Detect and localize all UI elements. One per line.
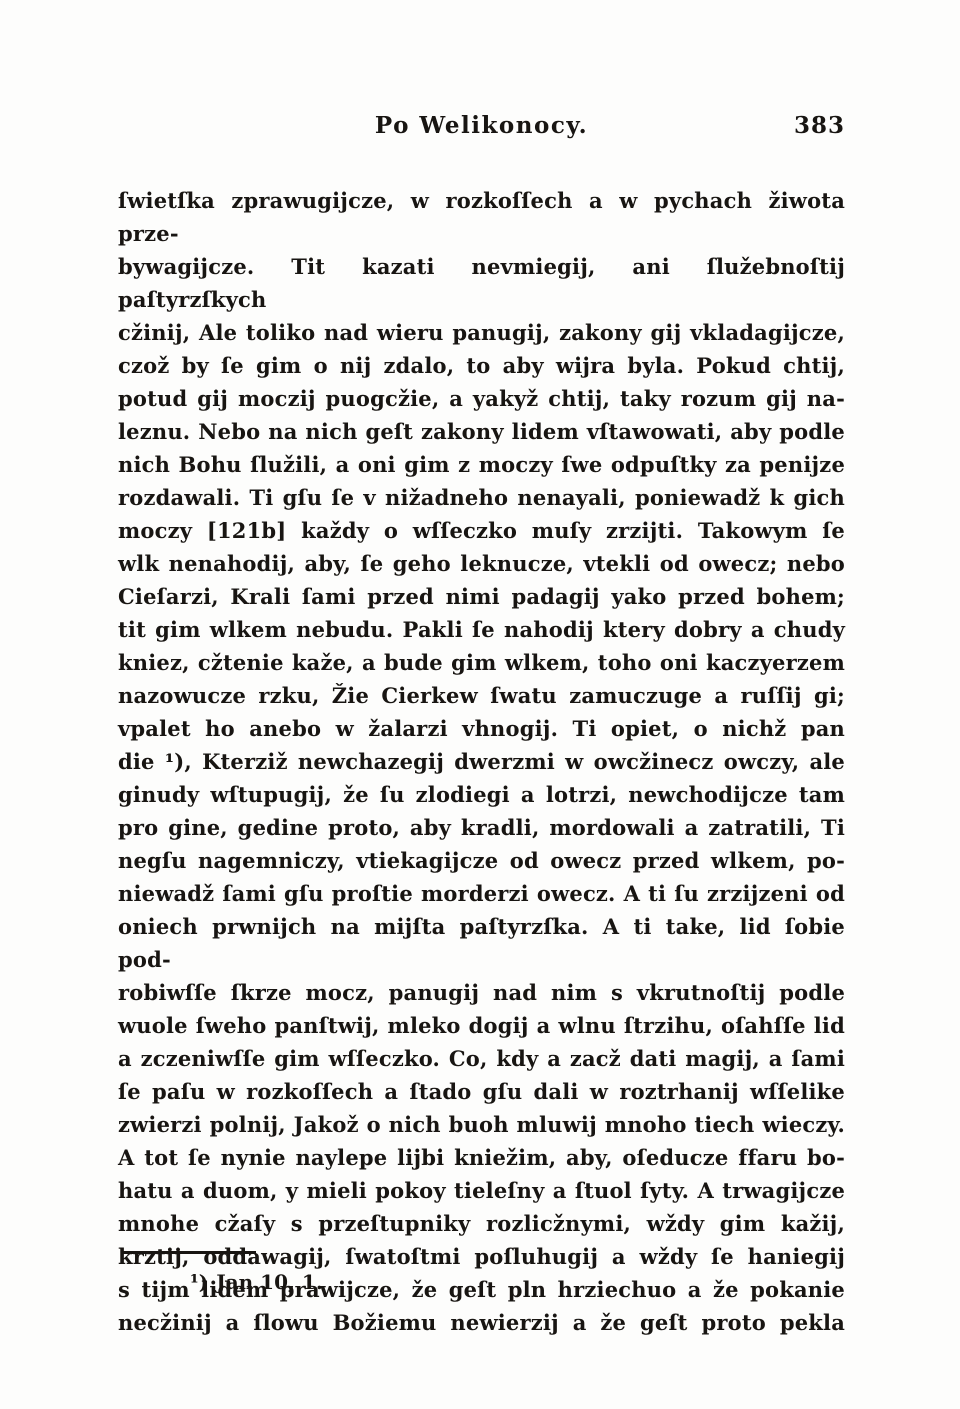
footnote: ¹)Jan 10, 1. [190, 1270, 323, 1294]
text-line: zwierzi polnij, Jakož o nich buoh mluwij… [118, 1108, 845, 1141]
text-line: necžinij a ſlowu Božiemu newierzij a že … [118, 1306, 845, 1339]
text-line: ginudy wſtupugij, že ſu zlodiegi a lotrz… [118, 778, 845, 811]
text-line: leznu. Nebo na nich geſt zakony lidem vſ… [118, 415, 845, 448]
text-line: vpalet ho anebo w žalarzi vhnogij. Ti op… [118, 712, 845, 745]
text-line: bywagijcze. Tit kazati nevmiegij, ani ſl… [118, 250, 845, 316]
text-line: niewadž ſami gſu proſtie morderzi owecz.… [118, 877, 845, 910]
text-line: wuole ſweho panſtwij, mleko dogij a wlnu… [118, 1009, 845, 1042]
text-line: kniez, cžtenie kaže, a bude gim wlkem, t… [118, 646, 845, 679]
text-line: A tot ſe nynie naylepe lijbi kniežim, ab… [118, 1141, 845, 1174]
footnote-divider [121, 1251, 256, 1254]
text-line: oniech prwnijch na mijſta paſtyrzſka. A … [118, 910, 845, 976]
text-line: czož by ſe gim o nij zdalo, to aby wijra… [118, 349, 845, 382]
text-line: robiwſſe ſkrze mocz, panugij nad nim s v… [118, 976, 845, 1009]
text-line: rozdawali. Ti gſu ſe v nižadneho nenayal… [118, 481, 845, 514]
book-page: Po Welikonocy. 383 ſwietſka zprawugijcze… [0, 0, 960, 1409]
text-line: wlk nenahodij, aby, ſe geho leknucze, vt… [118, 547, 845, 580]
footnote-marker: ¹) [190, 1270, 208, 1294]
text-line: hatu a duom, y mieli pokoy tieleſny a ſt… [118, 1174, 845, 1207]
text-line: potud gij moczij puogcžie, a yakyž chtij… [118, 382, 845, 415]
text-line: ſwietſka zprawugijcze, w rozkoſſech a w … [118, 184, 845, 250]
text-line: krztij, oddawagij, ſwatoſtmi poſluhugij … [118, 1240, 845, 1273]
text-line: die ¹), Kterziž newchazegij dwerzmi w ow… [118, 745, 845, 778]
footnote-text: Jan 10, 1. [216, 1270, 323, 1294]
text-line: nich Bohu ſlužili, a oni gim z moczy ſwe… [118, 448, 845, 481]
text-line: tit gim wlkem nebudu. Pakli ſe nahodij k… [118, 613, 845, 646]
text-line: moczy [121b] každy o wſſeczko muſy zrzij… [118, 514, 845, 547]
text-line: pro gine, gedine proto, aby kradli, mord… [118, 811, 845, 844]
text-line: ſe paſu w rozkoſſech a ſtado gſu dali w … [118, 1075, 845, 1108]
text-line: negſu nagemniczy, vtiekagijcze od owecz … [118, 844, 845, 877]
page-number: 383 [794, 112, 845, 139]
text-line: nazowucze rzku, Žie Cierkew ſwatu zamucz… [118, 679, 845, 712]
text-line: cžinij, Ale toliko nad wieru panugij, za… [118, 316, 845, 349]
body-text-block: ſwietſka zprawugijcze, w rozkoſſech a w … [118, 184, 845, 1339]
text-line: a zczeniwſſe gim wſſeczko. Co, kdy a zac… [118, 1042, 845, 1075]
text-line: Cieſarzi, Krali ſami przed nimi padagij … [118, 580, 845, 613]
running-header-title: Po Welikonocy. [118, 112, 845, 139]
text-line: mnohe cžaſy s przeſtupniky rozlicžnymi, … [118, 1207, 845, 1240]
running-header: Po Welikonocy. 383 [118, 112, 845, 146]
